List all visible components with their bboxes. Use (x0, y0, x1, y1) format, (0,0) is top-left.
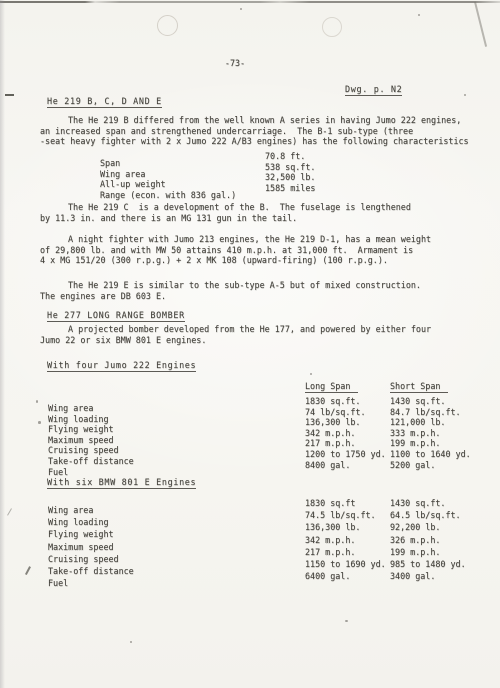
spec-row: Wing area538 sq.ft. (100, 162, 236, 173)
table-jumo-222: Wing area1830 sq.ft.1430 sq.ft. Wing loa… (48, 396, 488, 470)
margin-dash-mark (5, 94, 14, 96)
paragraph-line: Jumo 22 or six BMW 801 E engines. (40, 335, 431, 346)
paragraph-line: The He 219 B differed from the well know… (40, 115, 469, 126)
short-span-value: 64.5 lb/sq.ft. (390, 510, 461, 521)
table-title-jumo: With four Jumo 222 Engines (47, 360, 196, 371)
long-span-value: 1830 sq.ft (305, 498, 355, 509)
short-span-value: 3400 gal. (390, 571, 435, 582)
paragraph-line: The He 219 E is similar to the sub-type … (40, 280, 421, 291)
scan-edge-shadow (0, 0, 5, 688)
pencil-slash-mark (25, 566, 31, 575)
short-span-value: 199 m.p.h. (390, 547, 440, 558)
table-row: Fuel6400 gal.3400 gal. (48, 571, 488, 583)
long-span-value: 8400 gal. (305, 460, 350, 471)
table-row: Maximum speed342 m.p.h.333 m.p.h. (48, 428, 488, 439)
paragraph-line: A night fighter with Jumo 213 engines, t… (40, 234, 431, 245)
table-row: Fuel8400 gal.5200 gal. (48, 460, 488, 471)
ink-speck (310, 373, 312, 375)
short-span-value: 199 m.p.h. (390, 438, 440, 449)
short-span-value: 1100 to 1640 yd. (390, 449, 471, 460)
paragraph-he219-e: The He 219 E is similar to the sub-type … (40, 280, 421, 301)
paragraph-he277-intro: A projected bomber developed from the He… (40, 324, 431, 345)
scan-edge-line (0, 1, 500, 3)
short-span-value: 121,000 lb. (390, 417, 445, 428)
spec-value: 1585 miles (265, 183, 315, 194)
short-span-value: 1430 sq.ft. (390, 498, 445, 509)
short-span-value: 326 m.p.h. (390, 535, 440, 546)
short-span-value: 84.7 lb/sq.ft. (390, 407, 461, 418)
table-row: Cruising speed217 m.p.h.199 m.p.h. (48, 547, 488, 559)
spec-row: All-up weight32,500 lb. (100, 172, 236, 183)
paragraph-line: The engines are DB 603 E. (40, 291, 421, 302)
long-span-value: 1200 to 1750 yd. (305, 449, 386, 460)
table-title-bmw: With six BMW 801 E Engines (47, 477, 196, 488)
column-header-short-span: Short Span (390, 381, 448, 392)
short-span-value: 1430 sq.ft. (390, 396, 445, 407)
binder-ring-mark (322, 17, 342, 37)
paragraph-line: -seat heavy fighter with 2 x Jumo 222 A/… (40, 136, 469, 147)
short-span-value: 985 to 1480 yd. (390, 559, 466, 570)
spec-row: Range (econ. with 836 gal.)1585 miles (100, 183, 236, 194)
page-corner-crease (474, 2, 487, 47)
section-heading-he277: He 277 LONG RANGE BOMBER (47, 310, 185, 321)
short-span-value: 333 m.p.h. (390, 428, 440, 439)
spec-value: 538 sq.ft. (265, 162, 315, 173)
long-span-value: 1830 sq.ft. (305, 396, 360, 407)
short-span-value: 5200 gal. (390, 460, 435, 471)
ink-speck (464, 94, 466, 96)
paragraph-line: an increased span and strengthened under… (40, 126, 469, 137)
binder-ring-mark (157, 15, 178, 36)
long-span-value: 74 lb/sq.ft. (305, 407, 366, 418)
long-span-value: 217 m.p.h. (305, 438, 355, 449)
long-span-value: 74.5 lb/sq.ft. (305, 510, 376, 521)
b1-spec-list: Span70.8 ft. Wing area538 sq.ft. All-up … (100, 151, 236, 193)
paragraph-line: 4 x MG 151/20 (300 r.p.g.) + 2 x MK 108 … (40, 255, 431, 266)
long-span-value: 342 m.p.h. (305, 428, 355, 439)
ink-speck (345, 620, 348, 622)
ink-speck (240, 8, 242, 10)
spec-value: 32,500 lb. (265, 172, 315, 183)
row-label: Fuel (48, 467, 68, 477)
spec-row: Span70.8 ft. (100, 151, 236, 162)
column-header-long-span: Long Span (305, 381, 358, 392)
table-row: Flying weight136,300 lb.121,000 lb. (48, 417, 488, 428)
document-page: -73- Dwg. p. N2 He 219 B, C, D AND E The… (0, 0, 500, 688)
table-row: Cruising speed217 m.p.h.199 m.p.h. (48, 438, 488, 449)
short-span-value: 92,200 lb. (390, 522, 440, 533)
paragraph-line: of 29,800 lb. and with MW 50 attains 410… (40, 245, 431, 256)
paragraph-line: The He 219 C is a development of the B. … (40, 202, 411, 213)
paragraph-he219-b: The He 219 B differed from the well know… (40, 115, 469, 147)
ink-speck (418, 14, 420, 16)
long-span-value: 6400 gal. (305, 571, 350, 582)
table-row: Wing loading74.5 lb/sq.ft.64.5 lb/sq.ft. (48, 510, 488, 522)
table-row: Take-off distance1200 to 1750 yd.1100 to… (48, 449, 488, 460)
table-row: Wing area1830 sq.ft.1430 sq.ft. (48, 396, 488, 407)
page-number: -73- (0, 58, 470, 69)
pencil-slash-mark (7, 508, 12, 516)
table-row: Wing area1830 sq.ft1430 sq.ft. (48, 498, 488, 510)
table-row: Take-off distance1150 to 1690 yd.985 to … (48, 559, 488, 571)
long-span-value: 1150 to 1690 yd. (305, 559, 386, 570)
ink-speck (38, 421, 41, 424)
long-span-value: 217 m.p.h. (305, 547, 355, 558)
paragraph-line: by 11.3 in. and there is an MG 131 gun i… (40, 213, 411, 224)
spec-value: 70.8 ft. (265, 151, 305, 162)
paragraph-he219-d: A night fighter with Jumo 213 engines, t… (40, 234, 431, 266)
ink-speck (130, 641, 132, 643)
doc-reference: Dwg. p. N2 (345, 84, 402, 95)
table-bmw-801: Wing area1830 sq.ft1430 sq.ft. Wing load… (48, 498, 488, 583)
doc-reference-text: Dwg. p. N2 (345, 84, 402, 96)
table-row: Wing loading74 lb/sq.ft.84.7 lb/sq.ft. (48, 407, 488, 418)
long-span-value: 342 m.p.h. (305, 535, 355, 546)
table-row: Flying weight136,300 lb.92,200 lb. (48, 522, 488, 534)
paragraph-line: A projected bomber developed from the He… (40, 324, 431, 335)
long-span-value: 136,300 lb. (305, 417, 360, 428)
spec-label: Range (econ. with 836 gal.) (100, 190, 236, 200)
long-span-value: 136,300 lb. (305, 522, 360, 533)
paragraph-he219-c: The He 219 C is a development of the B. … (40, 202, 411, 223)
section-heading-he219: He 219 B, C, D AND E (47, 96, 162, 107)
ink-speck (36, 400, 38, 403)
table-row: Maximum speed342 m.p.h.326 m.p.h. (48, 535, 488, 547)
row-label: Fuel (48, 578, 68, 588)
